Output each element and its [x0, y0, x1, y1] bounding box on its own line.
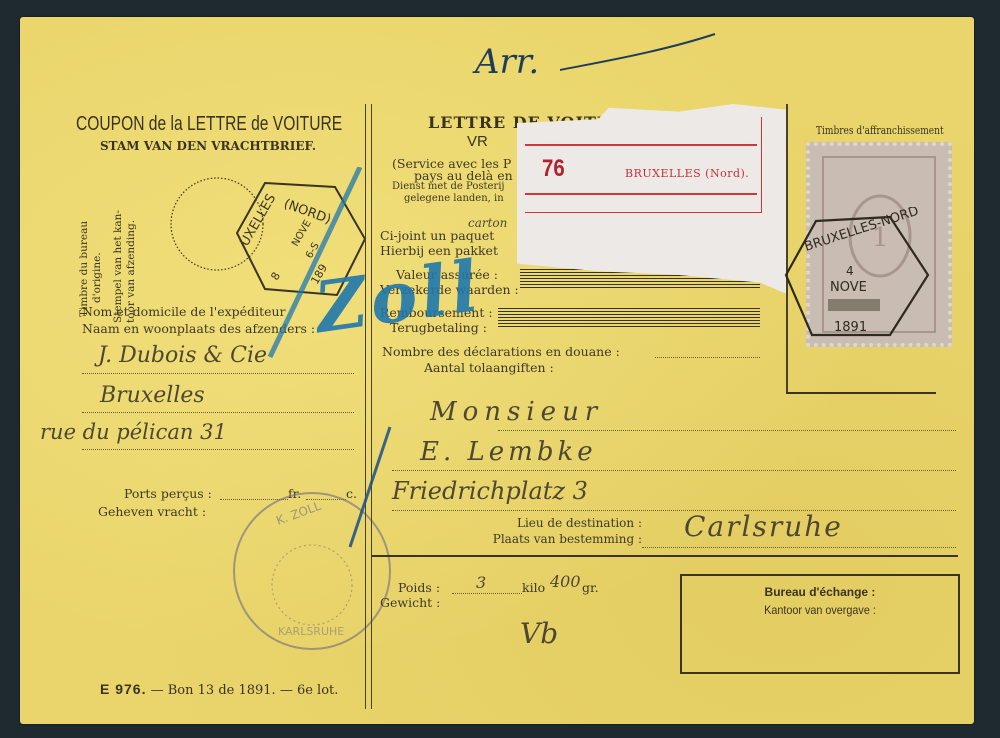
- ports-label-nl: Geheven vracht :: [98, 504, 206, 519]
- weight-gr-handwritten: 400: [550, 572, 581, 591]
- form-footer: E 976. — Bon 13 de 1891. — 6e lot.: [100, 681, 338, 698]
- weight-kilo-unit: kilo: [522, 580, 545, 595]
- destination-line: [642, 547, 956, 548]
- exchange-office-subtitle: Kantoor van overgave :: [696, 603, 944, 617]
- top-annotation-stroke: [560, 32, 720, 82]
- weight-kilo-handwritten: 3: [476, 573, 486, 592]
- sender-city-handwritten: Bruxelles: [100, 383, 205, 408]
- ports-label-fr: Ports perçus :: [124, 486, 212, 501]
- stamp-cancel-month: NOVE: [830, 280, 867, 295]
- initials-handwritten: Vb: [520, 617, 558, 650]
- addressee-line-3: [392, 510, 956, 511]
- exchange-office-box: Bureau d'échange : Kantoor van overgave …: [680, 574, 960, 674]
- weight-label-fr: Poids :: [398, 580, 440, 595]
- origin-note-fr-line1: Timbre du bureau: [78, 221, 91, 317]
- weight-gr-unit: gr.: [582, 580, 599, 595]
- addressee-line-1: [498, 430, 956, 431]
- receiving-stamp-text-bottom: KARLSRUHE: [278, 625, 344, 638]
- stamp-cancel-city: BRUXELLES-NORD: [803, 207, 921, 255]
- registration-label-rule-bottom: [525, 193, 757, 195]
- customs-declarations-fr: Nombre des déclarations en douane :: [382, 344, 620, 359]
- service-nl-1: Dienst met de Posterij: [392, 181, 505, 192]
- origin-note-fr: Timbre du bureau d'origine.: [78, 221, 104, 317]
- destination-label-fr: Lieu de destination :: [460, 516, 642, 530]
- customs-declarations-nl: Aantal tolaangiften :: [424, 360, 554, 375]
- waybill-card: COUPON de la LETTRE de VOITURE STAM VAN …: [20, 17, 974, 724]
- service-nl-2: gelegene landen, in: [404, 193, 504, 204]
- addressee-title-handwritten: Monsieur: [430, 397, 603, 427]
- top-handwritten-annotation: Arr.: [475, 42, 539, 82]
- stamp-cancel-year: 1891: [834, 320, 867, 335]
- weight-label-nl: Gewicht :: [380, 595, 440, 610]
- origin-note-fr-line2: d'origine.: [91, 221, 104, 317]
- stamp-hex-cancellation: BRUXELLES-NORD 4 NOVE 1891: [778, 207, 938, 347]
- coupon-title: COUPON de la LETTRE de VOITURE: [76, 113, 342, 136]
- customs-declarations-dots: [655, 357, 760, 358]
- cod-cancelled-field: [498, 308, 760, 328]
- destination-divider: [372, 555, 958, 557]
- blue-crayon-stroke: [240, 167, 400, 567]
- registration-number: 76: [542, 155, 565, 183]
- destination-handwritten: Carlsruhe: [684, 510, 843, 543]
- stamp-cancel-day: 4: [846, 264, 854, 278]
- exchange-office-title: Bureau d'échange :: [682, 585, 958, 599]
- form-edition: — Bon 13 de 1891. — 6e lot.: [151, 683, 339, 698]
- form-code: E 976.: [100, 681, 146, 697]
- addressee-name-handwritten: E. Lembke: [420, 437, 597, 467]
- postage-area-bottom-border: [786, 392, 936, 394]
- sender-street-handwritten: rue du pélican 31: [40, 420, 227, 444]
- addressee-street-handwritten: Friedrichplatz 3: [392, 477, 588, 505]
- destination-label-nl: Plaats van bestemming :: [420, 532, 642, 546]
- addressee-line-2: [392, 470, 956, 471]
- registration-office: BRUXELLES (Nord).: [625, 167, 749, 180]
- coupon-subtitle: STAM VAN DEN VRACHTBRIEF.: [100, 139, 316, 153]
- registration-label-rule-top: [525, 144, 757, 146]
- postage-area-header: Timbres d'affranchissement: [816, 124, 944, 137]
- waybill-subtitle: VR: [467, 133, 488, 150]
- weight-kilo-dots: [452, 593, 522, 594]
